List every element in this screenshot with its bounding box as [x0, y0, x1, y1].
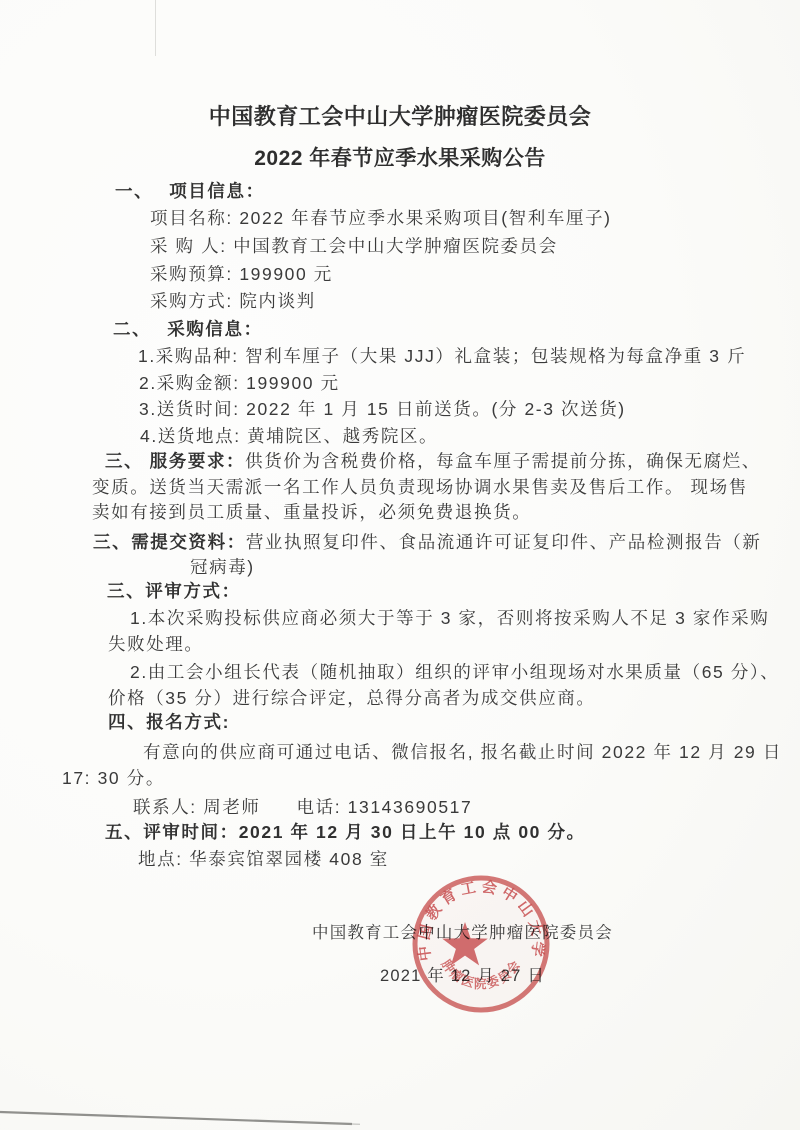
section-3-service-requirements-line1: 三、 服务要求：供货价为含税费价格，每盒车厘子需提前分拣，确保无腐烂、 — [105, 450, 761, 472]
evaluation-rule-2-line1: 2.由工会小组长代表（随机抽取）组织的评审小组现场对水果质量（65 分）、 — [130, 661, 779, 683]
section-3-required-documents-line1: 三、需提交资料：营业执照复印件、食品流通许可证复印件、产品检测报告（新 — [93, 531, 762, 553]
document-title-organization: 中国教育工会中山大学肿瘤医院委员会 — [0, 100, 800, 131]
field-purchaser: 采 购 人: 中国教育工会中山大学肿瘤医院委员会 — [150, 235, 558, 257]
section-4-registration-heading: 四、报名方式: — [108, 711, 230, 733]
section-2-heading: 二、采购信息： — [113, 318, 263, 340]
field-project-name: 项目名称: 2022 年春节应季水果采购项目(智利车厘子) — [150, 207, 612, 229]
registration-info-line2: 17: 30 分。 — [62, 767, 165, 789]
section-3-required-documents-line2: 冠病毒) — [190, 556, 255, 578]
section-5-evaluation-time-heading: 五、评审时间：2021 年 12 月 30 日上午 10 点 00 分。 — [105, 821, 586, 843]
evaluation-location-line: 地点: 华泰宾馆翠园楼 408 室 — [138, 848, 389, 870]
section-3-service-requirements-line3: 卖如有接到员工质量、重量投诉，必须免费退换货。 — [92, 501, 531, 523]
item-delivery-location: 4.送货地点: 黄埔院区、越秀院区。 — [140, 425, 438, 447]
item-purchase-variety: 1.采购品种: 智利车厘子（大果 JJJ）礼盒装；包装规格为每盒净重 3 斤 — [138, 345, 746, 367]
official-seal: 中国教育工会中山大学 肿瘤医院委员会 — [402, 866, 558, 1022]
field-procurement-method: 采购方式: 院内谈判 — [150, 290, 316, 312]
field-budget: 采购预算: 199900 元 — [150, 263, 333, 285]
section-1-heading: 一、项目信息： — [115, 180, 265, 202]
evaluation-rule-1-line2: 失败处理。 — [108, 633, 204, 655]
paper-edge-artifact — [0, 1100, 800, 1130]
evaluation-rule-1-line1: 1.本次采购投标供应商必须大于等于 3 家，否则将按采购人不足 3 家作采购 — [130, 607, 769, 629]
section-3-service-requirements-line2: 变质。送货当天需派一名工作人员负责现场协调水果售卖及售后工作。 现场售 — [92, 476, 748, 498]
registration-info-line1: 有意向的供应商可通过电话、微信报名, 报名截止时间 2022 年 12 月 29… — [143, 741, 782, 763]
section-3-evaluation-method-heading: 三、评审方式： — [107, 580, 241, 602]
document-title-announcement: 2022 年春节应季水果采购公告 — [0, 142, 800, 172]
scanned-document-page: 中国教育工会中山大学肿瘤医院委员会 2022 年春节应季水果采购公告 一、项目信… — [0, 0, 800, 1130]
scan-artifact-line — [155, 0, 156, 56]
item-purchase-amount: 2.采购金额: 199900 元 — [139, 372, 340, 394]
evaluation-rule-2-line2: 价格（35 分）进行综合评定，总得分高者为成交供应商。 — [108, 687, 596, 709]
item-delivery-time: 3.送货时间: 2022 年 1 月 15 日前送货。(分 2-3 次送货) — [139, 398, 626, 420]
contact-line: 联系人: 周老师电话: 13143690517 — [133, 796, 472, 818]
